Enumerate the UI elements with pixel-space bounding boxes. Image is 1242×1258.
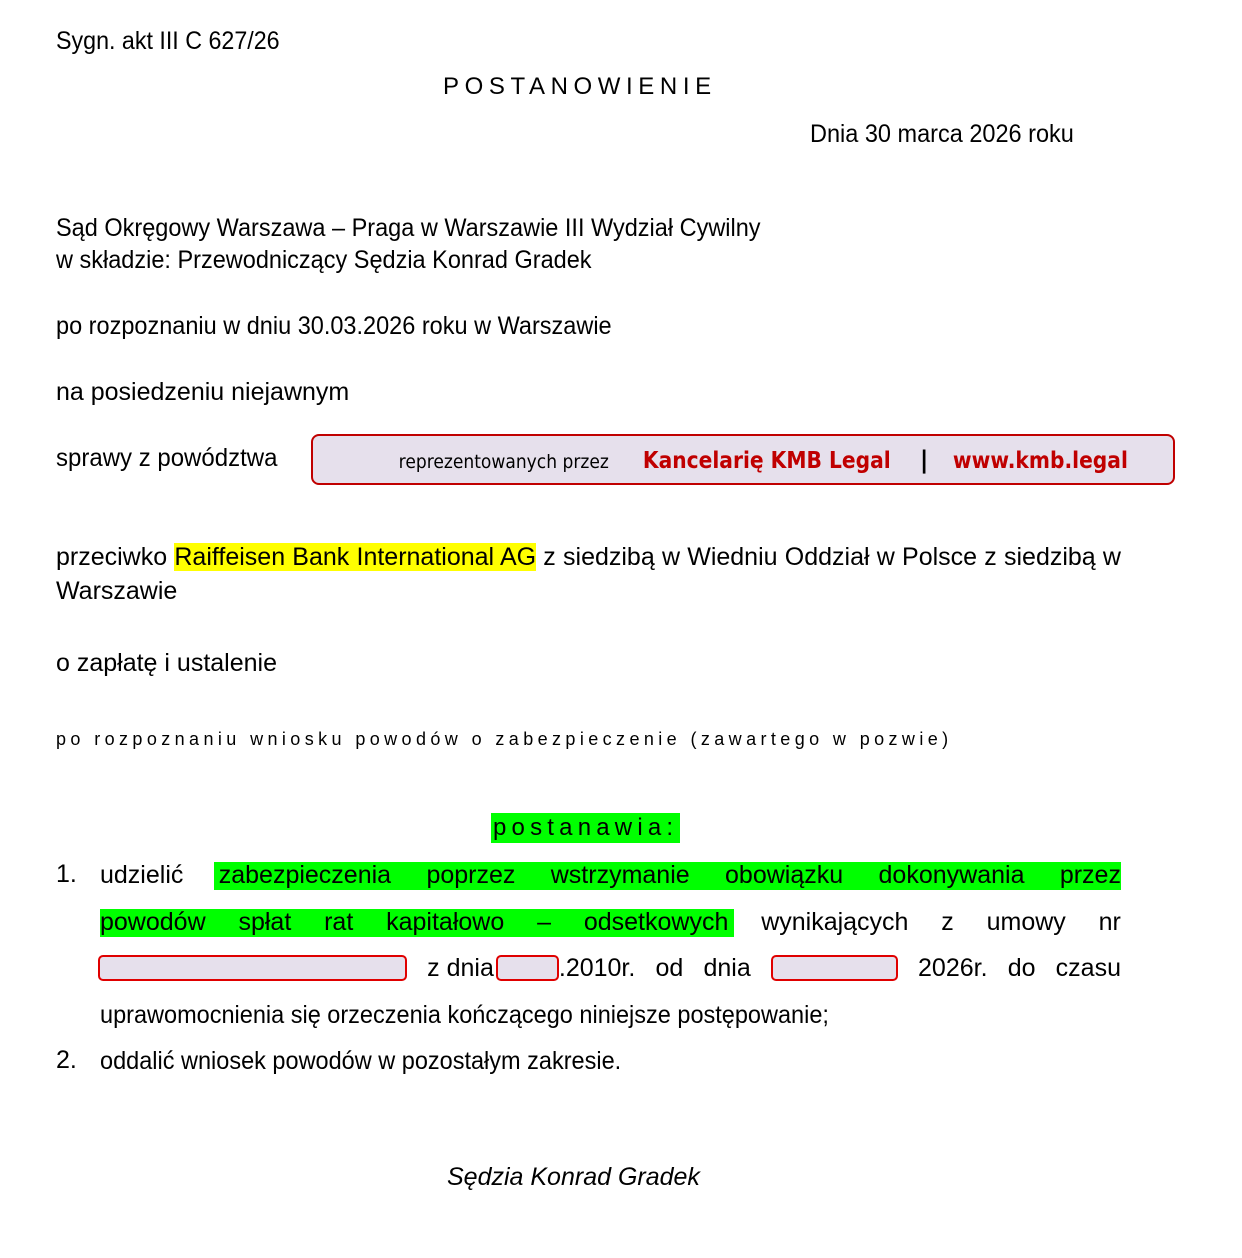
court-name: Sąd Okręgowy Warszawa – Praga w Warszawi… [56,213,761,243]
item-1-line-2: powodów spłat rat kapitałowo – odsetkowy… [100,907,1121,937]
session-type: na posiedzeniu niejawnym [56,377,349,407]
item-2-number: 2. [56,1046,77,1075]
court-composition: w składzie: Przewodniczący Sędzia Konrad… [56,245,592,275]
contract-day-field[interactable] [496,955,559,981]
word: udzielić [100,860,183,890]
item-1-line-3: z dnia .2010r. od dnia 2026r. do czasu [98,953,1121,983]
word: dnia [703,953,750,983]
word: – [537,907,551,937]
word: wynikających [761,907,908,937]
defendant-name: Raiffeisen Bank International AG [174,543,536,571]
word: odsetkowych [584,907,729,937]
decides-heading: postanawia: [491,813,680,843]
word: przez [1060,860,1121,890]
word: poprzez [426,860,515,890]
word: rat [324,907,353,937]
word: umowy [987,907,1066,937]
word: zabezpieczenia [219,860,391,890]
defendant-prefix: przeciwko [56,543,167,571]
law-firm-website[interactable]: www.kmb.legal [952,448,1127,474]
word: z [941,907,954,937]
word: dokonywania [879,860,1025,890]
text-z-dnia: z dnia [427,953,494,983]
document-title: POSTANOWIENIE [443,73,717,101]
from-date-field[interactable] [771,955,898,981]
plaintiff-label: sprawy z powództwa [56,443,277,473]
hearing-date: po rozpoznaniu w dniu 30.03.2026 roku w … [56,311,612,341]
judge-signature: Sędzia Konrad Gradek [447,1163,700,1192]
case-number: Sygn. akt III C 627/26 [56,26,280,56]
text-year-2010: .2010r. [559,953,635,983]
represented-by-text: reprezentowanych przez [398,451,608,473]
word: wstrzymanie [551,860,690,890]
text-year-2026: 2026r. [918,953,988,983]
item-2-text: oddalić wniosek powodów w pozostałym zak… [100,1046,621,1076]
separator: | [920,446,929,474]
word: czasu [1056,953,1121,983]
word: powodów [100,907,206,937]
document-date: Dnia 30 marca 2026 roku [810,119,1074,149]
case-subject: o zapłatę i ustalenie [56,648,277,678]
item-1-number: 1. [56,860,77,889]
defendant-paragraph: przeciwko Raiffeisen Bank International … [56,540,1121,608]
word: od [655,953,683,983]
word: do [1008,953,1036,983]
law-firm-name: Kancelarię KMB Legal [643,448,891,474]
item-1-line-1: udzielić zabezpieczenia poprzez wstrzyma… [100,860,1121,890]
plaintiff-redacted-box: reprezentowanych przez Kancelarię KMB Le… [311,434,1175,485]
word: kapitałowo [386,907,504,937]
word: spłat [238,907,291,937]
word: nr [1099,907,1121,937]
motion-text: po rozpoznaniu wniosku powodów o zabezpi… [56,729,953,750]
contract-number-field[interactable] [98,955,407,981]
item-1-line-4: uprawomocnienia się orzeczenia kończąceg… [100,1000,829,1030]
word: obowiązku [725,860,843,890]
